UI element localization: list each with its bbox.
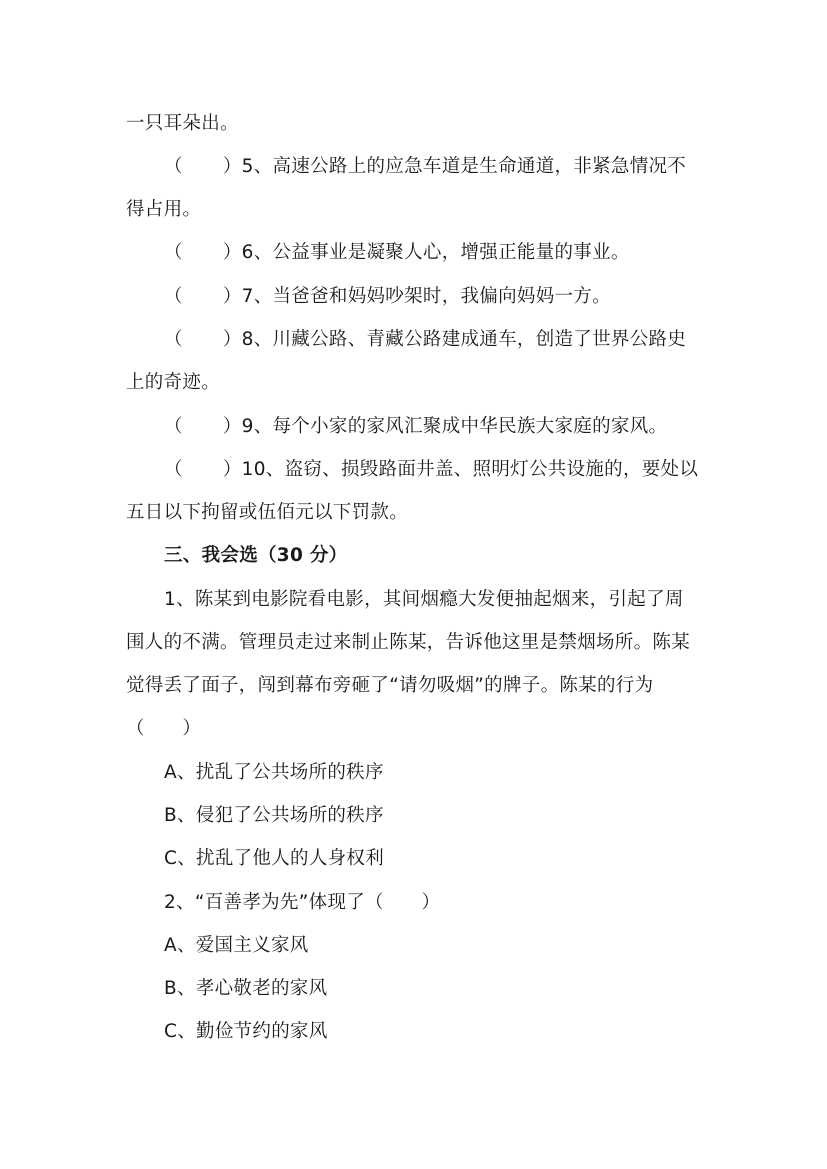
item-text: 9、每个小家的家风汇聚成中华民族大家庭的家风。: [242, 416, 668, 437]
judgment-item-10-cont: 五日以下拘留或伍佰元以下罚款。: [126, 501, 408, 525]
item-text: 10、盗窃、损毁路面井盖、照明灯公共设施的，要处以: [242, 459, 699, 480]
question-1-answer-blank[interactable]: （ ）: [126, 717, 201, 741]
answer-blank[interactable]: （）: [164, 286, 242, 307]
question-1-stem: 1、陈某到电影院看电影，其间烟瘾大发便抽起烟来，引起了周: [164, 588, 684, 612]
item-text: 5、高速公路上的应急车道是生命通道，非紧急情况不: [242, 156, 686, 177]
question-1-option-a: A、扰乱了公共场所的秩序: [164, 761, 384, 785]
question-2-stem: 2、“百善孝为先”体现了（ ）: [164, 891, 440, 915]
item-text: 7、当爸爸和妈妈吵架时，我偏向妈妈一方。: [242, 286, 611, 307]
answer-blank[interactable]: （）: [164, 459, 242, 480]
continuation-text: 一只耳朵出。: [126, 112, 239, 136]
item-text: 8、川藏公路、青藏公路建成通车，创造了世界公路史: [242, 329, 686, 350]
question-1-stem: 觉得丢了面子，闯到幕布旁砸了“请勿吸烟”的牌子。陈某的行为: [126, 674, 653, 698]
answer-blank[interactable]: （）: [164, 416, 242, 437]
question-1-option-c: C、扰乱了他人的人身权利: [164, 847, 384, 871]
judgment-item-8: （）8、川藏公路、青藏公路建成通车，创造了世界公路史: [164, 328, 686, 352]
judgment-item-5: （）5、高速公路上的应急车道是生命通道，非紧急情况不: [164, 155, 686, 179]
answer-blank[interactable]: （）: [164, 156, 242, 177]
question-1-stem: 围人的不满。管理员走过来制止陈某，告诉他这里是禁烟场所。陈某: [126, 631, 690, 655]
question-2-option-c: C、勤俭节约的家风: [164, 1020, 328, 1044]
judgment-item-5-cont: 得占用。: [126, 198, 201, 222]
answer-blank[interactable]: （）: [164, 242, 242, 263]
item-text: 6、公益事业是凝聚人心，增强正能量的事业。: [242, 242, 630, 263]
question-2-option-a: A、爱国主义家风: [164, 934, 309, 958]
question-2-option-b: B、孝心敬老的家风: [164, 977, 327, 1001]
judgment-item-8-cont: 上的奇迹。: [126, 371, 220, 395]
answer-blank[interactable]: （）: [164, 329, 242, 350]
judgment-item-9: （）9、每个小家的家风汇聚成中华民族大家庭的家风。: [164, 415, 667, 439]
section-heading: 三、我会选（30 分）: [164, 544, 348, 568]
judgment-item-10: （）10、盗窃、损毁路面井盖、照明灯公共设施的，要处以: [164, 458, 698, 482]
question-1-option-b: B、侵犯了公共场所的秩序: [164, 804, 384, 828]
document-page: 一只耳朵出。 （）5、高速公路上的应急车道是生命通道，非紧急情况不 得占用。 （…: [0, 0, 827, 1169]
judgment-item-7: （）7、当爸爸和妈妈吵架时，我偏向妈妈一方。: [164, 285, 611, 309]
judgment-item-6: （）6、公益事业是凝聚人心，增强正能量的事业。: [164, 241, 630, 265]
